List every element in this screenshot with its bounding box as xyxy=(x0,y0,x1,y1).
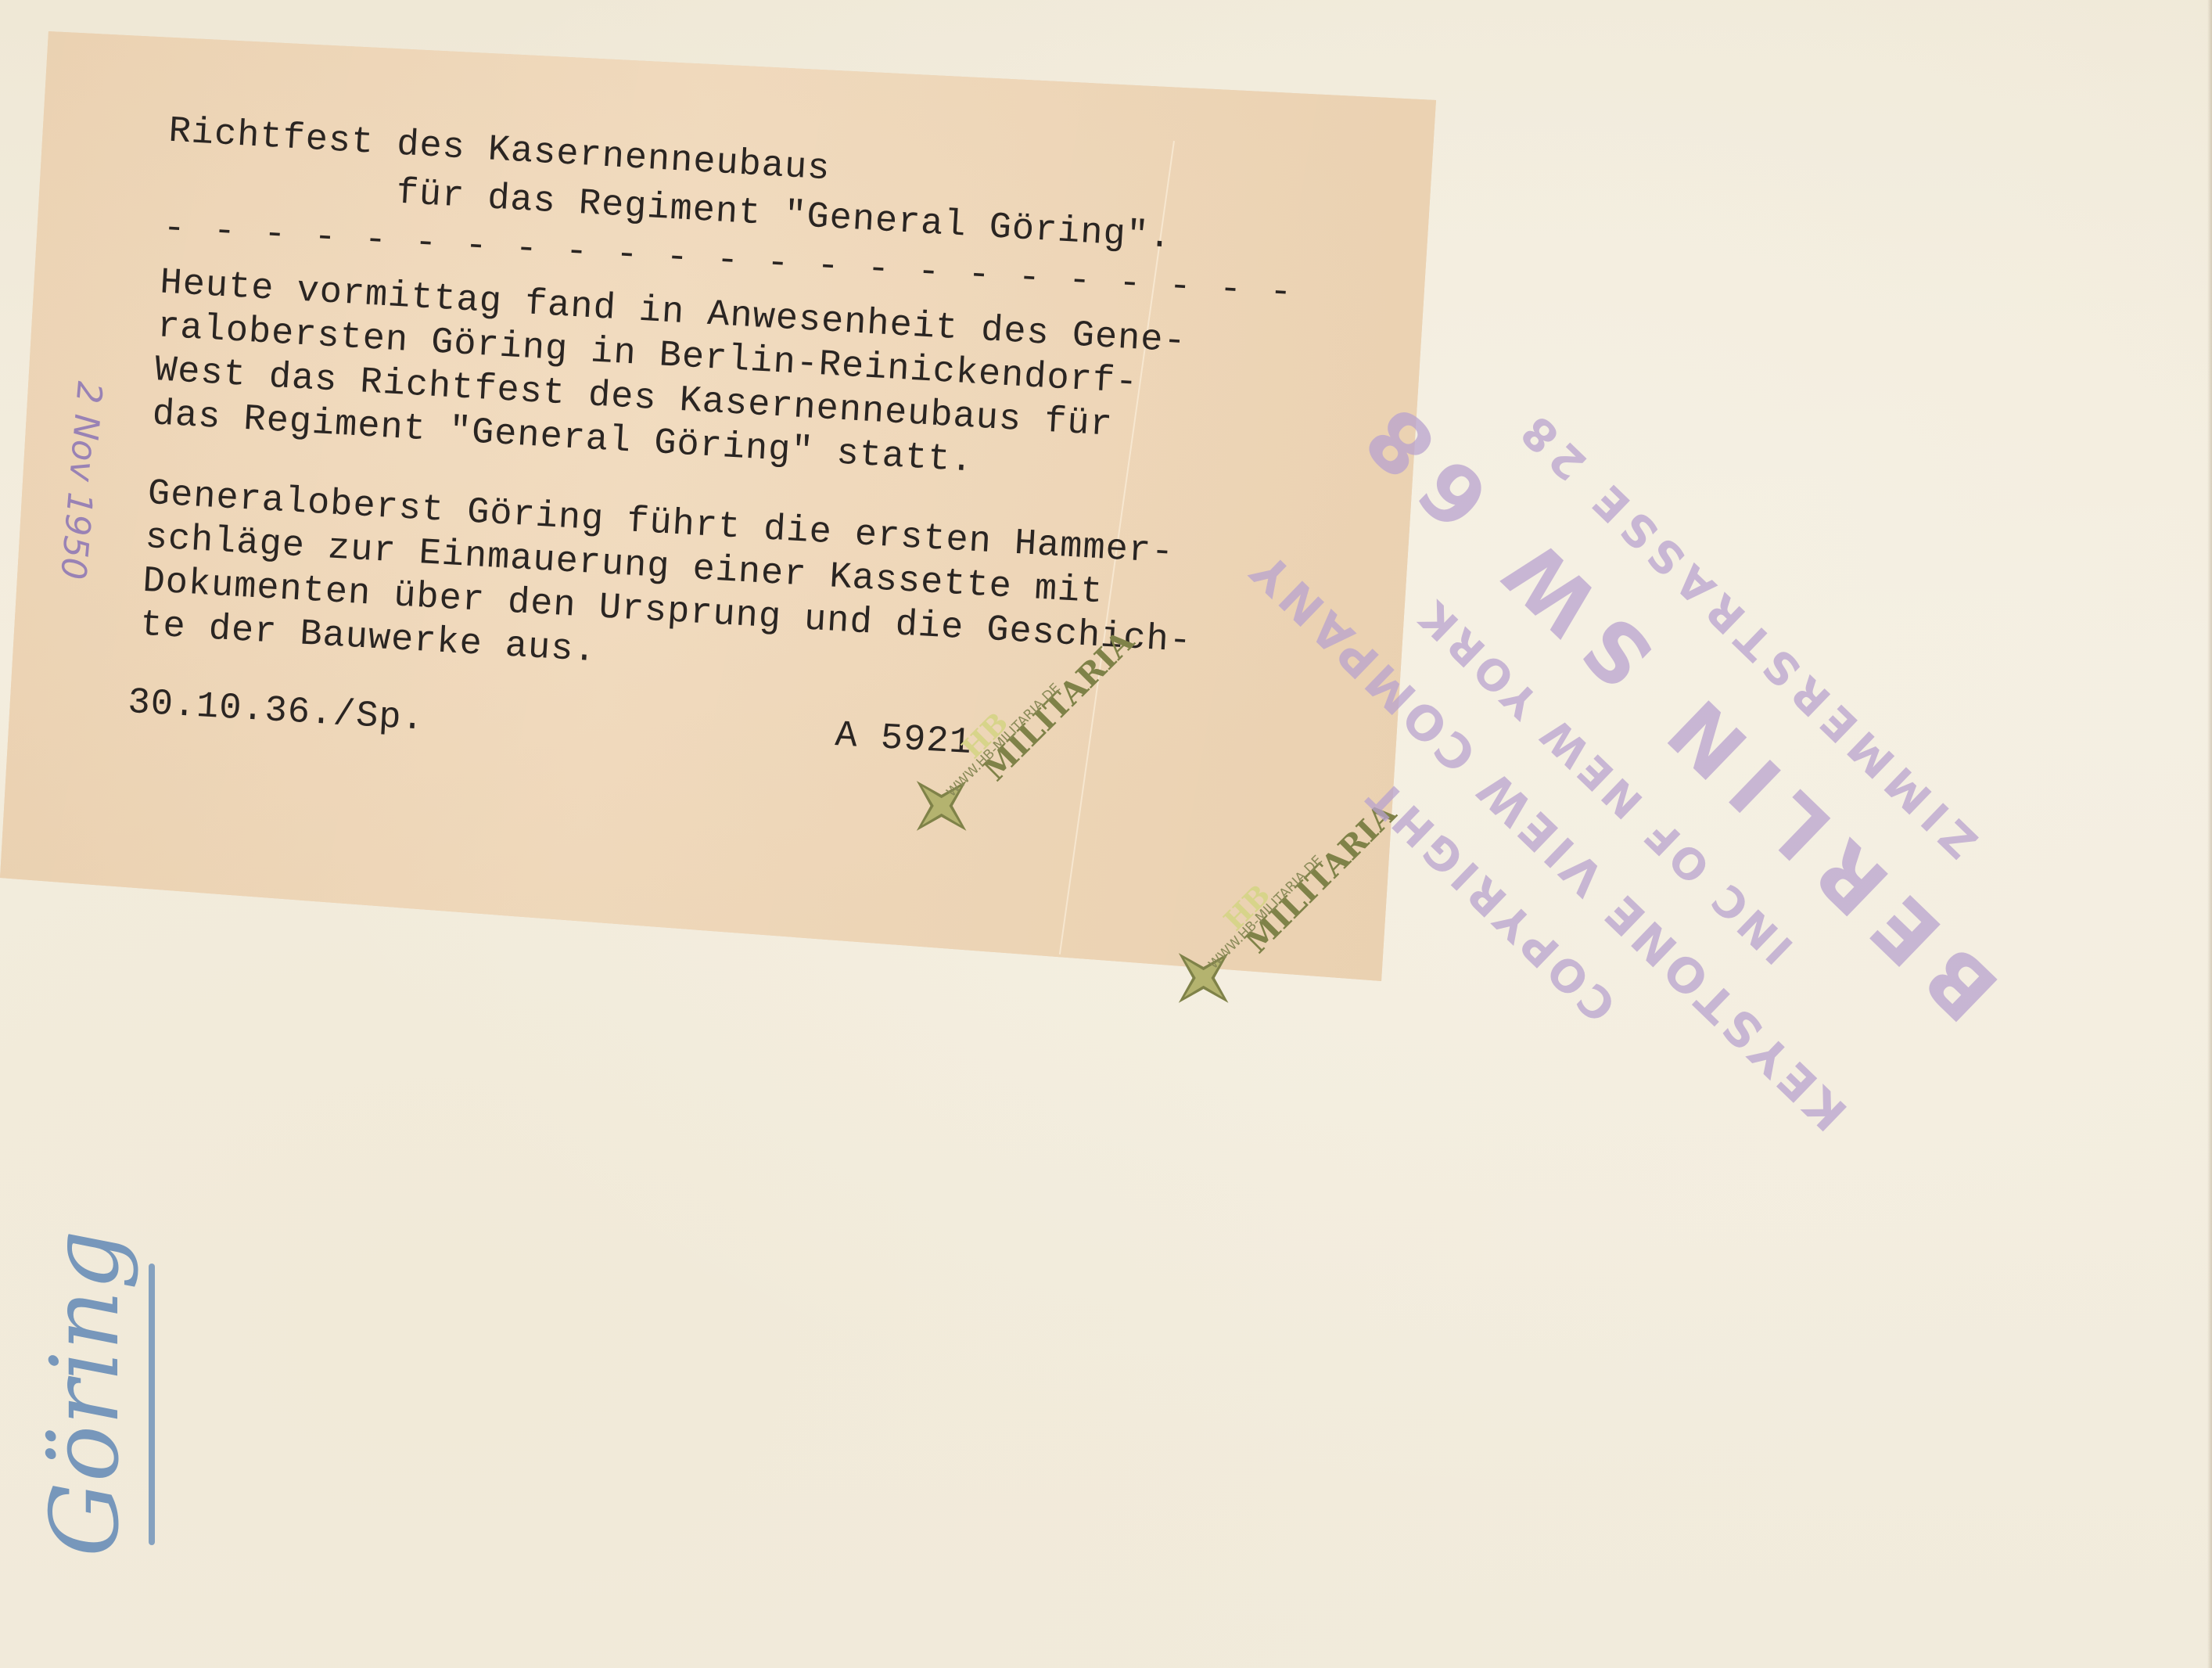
stamp-line-street: ZIMMERSTRASSE 28 xyxy=(1422,318,2073,949)
caption-card: Richtfest des Kasernenneubaus für das Re… xyxy=(0,0,1439,986)
pencil-signature: Göring xyxy=(31,1230,140,1557)
caption-date-ref: 30.10.36./Sp. xyxy=(127,681,426,742)
photo-edge xyxy=(2207,0,2212,1668)
signature-stroke xyxy=(149,1264,155,1545)
